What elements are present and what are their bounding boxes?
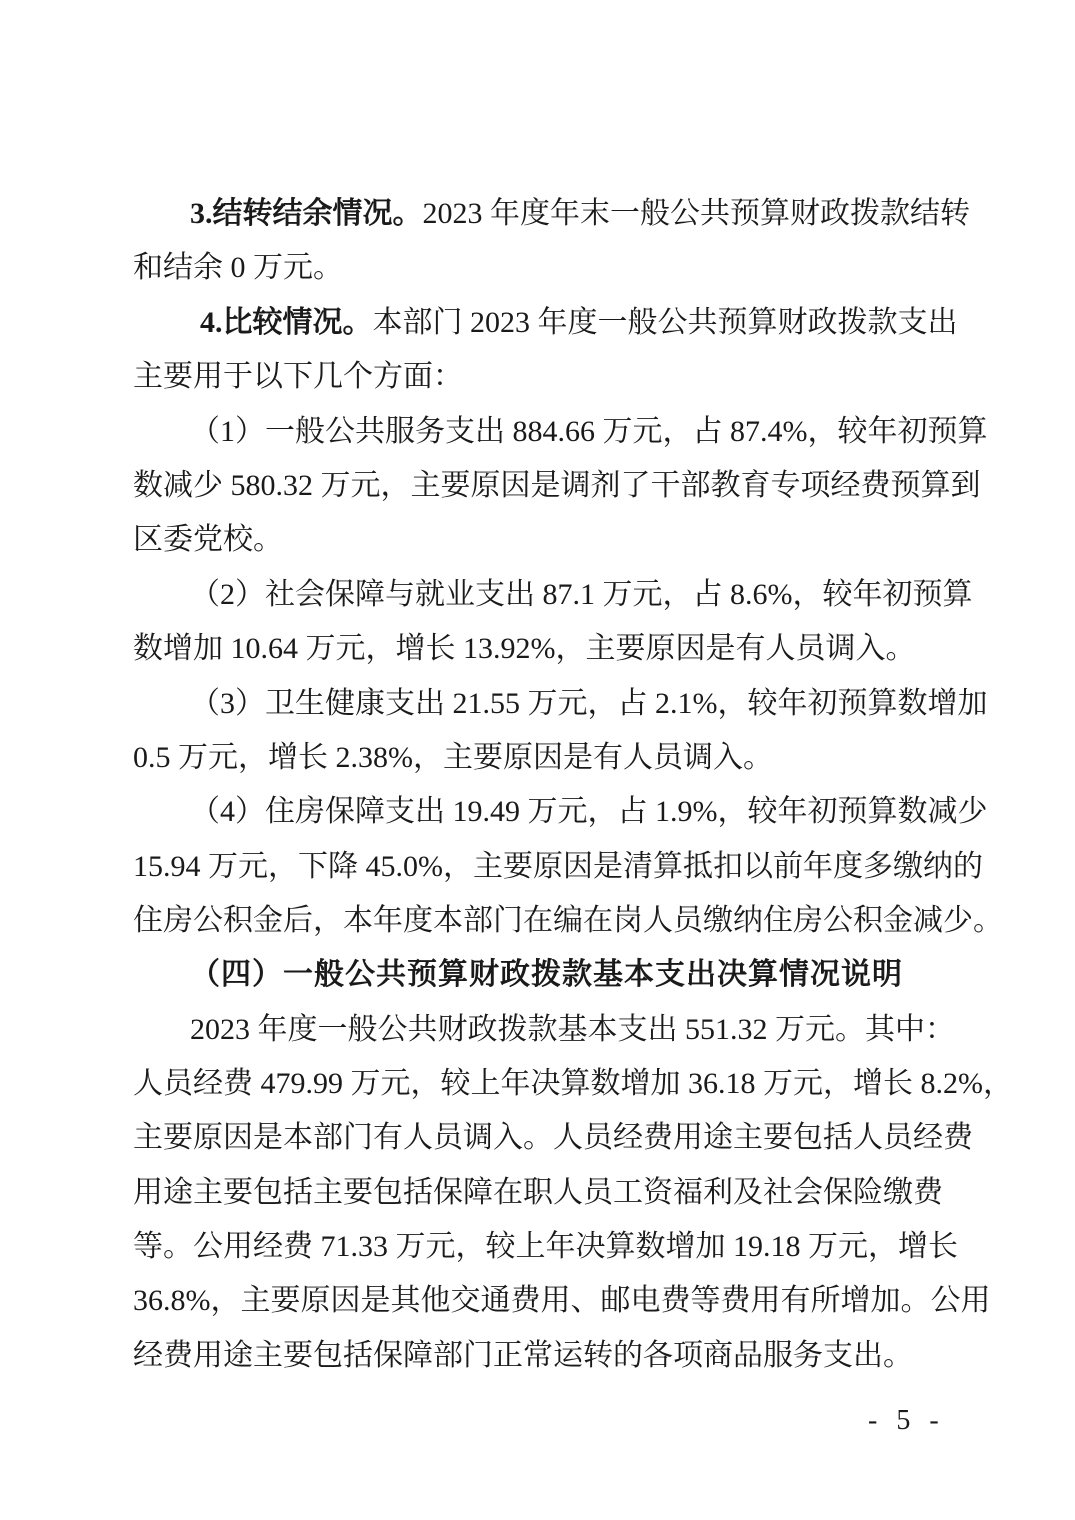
section-heading-4: （四）一般公共预算财政拨款基本支出决算情况说明 xyxy=(190,955,943,995)
item2-line-1: （2）社会保障与就业支出 87.1 万元，占 8.6%，较年初预算 xyxy=(190,575,943,615)
section4-title: 4.比较情况。 xyxy=(200,306,373,339)
section3-line-2: 和结余 0 万元。 xyxy=(133,248,943,288)
section3-title: 3.结转结余情况。 xyxy=(190,197,423,230)
section4-text: 本部门 2023 年度一般公共预算财政拨款支出 xyxy=(373,306,958,339)
basic-expense-line-3: 主要原因是本部门有人员调入。人员经费用途主要包括人员经费 xyxy=(133,1118,943,1158)
basic-expense-line-4: 用途主要包括主要包括保障在职人员工资福利及社会保险缴费 xyxy=(133,1173,943,1213)
page-number: - 5 - xyxy=(868,1405,945,1437)
basic-expense-line-7: 经费用途主要包括保障部门正常运转的各项商品服务支出。 xyxy=(133,1336,943,1376)
section3-line-1: 3.结转结余情况。2023 年度年末一般公共预算财政拨款结转 xyxy=(190,194,943,234)
basic-expense-line-2: 人员经费 479.99 万元，较上年决算数增加 36.18 万元，增长 8.2%… xyxy=(133,1064,943,1104)
basic-expense-line-1: 2023 年度一般公共财政拨款基本支出 551.32 万元。其中： xyxy=(190,1010,943,1050)
item2-line-2: 数增加 10.64 万元，增长 13.92%，主要原因是有人员调入。 xyxy=(133,629,943,669)
section4-line-2: 主要用于以下几个方面： xyxy=(133,357,943,397)
item4-line-3: 住房公积金后，本年度本部门在编在岗人员缴纳住房公积金减少。 xyxy=(133,901,943,941)
item4-line-1: （4）住房保障支出 19.49 万元，占 1.9%，较年初预算数减少 xyxy=(190,792,943,832)
item1-line-3: 区委党校。 xyxy=(133,520,943,560)
item3-line-1: （3）卫生健康支出 21.55 万元，占 2.1%，较年初预算数增加 xyxy=(190,684,943,724)
item1-line-2: 数减少 580.32 万元，主要原因是调剂了干部教育专项经费预算到 xyxy=(133,466,943,506)
item4-line-2: 15.94 万元，下降 45.0%，主要原因是清算抵扣以前年度多缴纳的 xyxy=(133,847,943,887)
section3-text: 2023 年度年末一般公共预算财政拨款结转 xyxy=(423,197,971,230)
document-page: 3.结转结余情况。2023 年度年末一般公共预算财政拨款结转 和结余 0 万元。… xyxy=(0,0,1075,1520)
item1-line-1: （1）一般公共服务支出 884.66 万元，占 87.4%，较年初预算 xyxy=(190,412,943,452)
basic-expense-line-5: 等。公用经费 71.33 万元，较上年决算数增加 19.18 万元，增长 xyxy=(133,1227,943,1267)
section4-line-1: 4.比较情况。本部门 2023 年度一般公共预算财政拨款支出 xyxy=(200,303,943,343)
basic-expense-line-6: 36.8%，主要原因是其他交通费用、邮电费等费用有所增加。公用 xyxy=(133,1281,943,1321)
item3-line-2: 0.5 万元，增长 2.38%，主要原因是有人员调入。 xyxy=(133,738,943,778)
